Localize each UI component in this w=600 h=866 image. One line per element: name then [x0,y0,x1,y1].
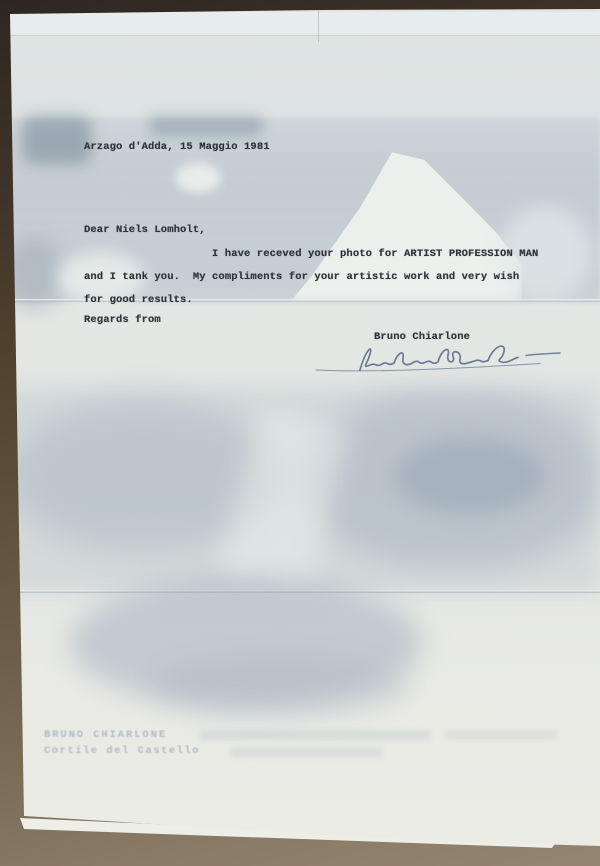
faded-letterhead-address: Cortile del Castello [44,745,200,757]
body-line-2: and I tank you. My compliments for your … [84,271,519,283]
dateline: Arzago d'Adda, 15 Maggio 1981 [84,141,270,153]
closing-line: Regards from [84,314,161,326]
faded-letterhead-name: BRUNO CHIARLONE [44,729,167,741]
body-line-3: for good results. [84,294,193,306]
salutation: Dear Niels Lomholt, [84,224,206,236]
letter-content: Arzago d'Adda, 15 Maggio 1981 Dear Niels… [0,0,600,866]
body-line-1: I have receved your photo for ARTIST PRO… [212,248,538,260]
handwritten-signature [310,340,568,378]
